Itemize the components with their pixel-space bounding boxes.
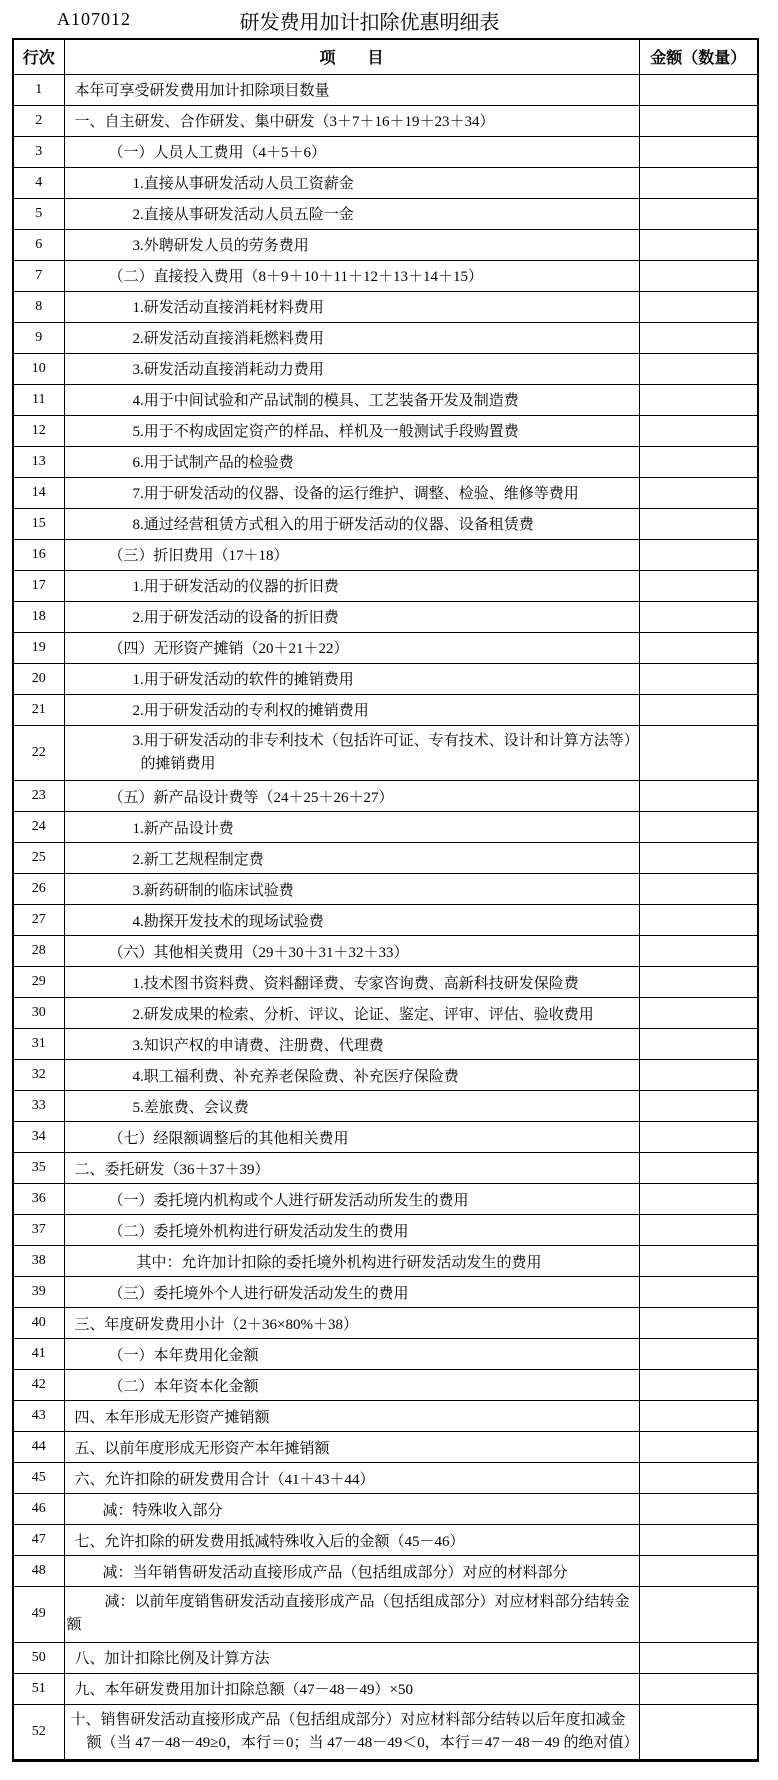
item-cell: 减：特殊收入部分 [64, 1494, 639, 1525]
table-row: 44五、以前年度形成无形资产本年摊销额 [13, 1432, 758, 1463]
row-number-cell: 17 [13, 570, 64, 601]
row-number-cell: 47 [13, 1525, 64, 1556]
table-row: 136.用于试制产品的检验费 [13, 446, 758, 477]
amount-cell[interactable] [639, 1029, 758, 1060]
item-cell: 1.研发活动直接消耗材料费用 [64, 291, 639, 322]
row-number-cell: 10 [13, 353, 64, 384]
amount-cell[interactable] [639, 508, 758, 539]
item-cell: 2.直接从事研发活动人员五险一金 [64, 198, 639, 229]
amount-cell[interactable] [639, 1215, 758, 1246]
amount-cell[interactable] [639, 843, 758, 874]
table-row: 201.用于研发活动的软件的摊销费用 [13, 663, 758, 694]
item-cell: 1.直接从事研发活动人员工资薪金 [64, 167, 639, 198]
item-cell: 3.外聘研发人员的劳务费用 [64, 229, 639, 260]
table-row: 38其中：允许加计扣除的委托境外机构进行研发活动发生的费用 [13, 1246, 758, 1277]
row-number-cell: 41 [13, 1339, 64, 1370]
item-cell: （二）委托境外机构进行研发活动发生的费用 [64, 1215, 639, 1246]
amount-cell[interactable] [639, 539, 758, 570]
amount-cell[interactable] [639, 781, 758, 812]
row-number-cell: 34 [13, 1122, 64, 1153]
amount-cell[interactable] [639, 1184, 758, 1215]
amount-cell[interactable] [639, 874, 758, 905]
row-number-cell: 32 [13, 1060, 64, 1091]
amount-cell[interactable] [639, 322, 758, 353]
table-row: 48减：当年销售研发活动直接形成产品（包括组成部分）对应的材料部分 [13, 1556, 758, 1587]
item-cell: （三）折旧费用（17＋18） [64, 539, 639, 570]
item-cell: （一）人员人工费用（4＋5＋6） [64, 136, 639, 167]
row-number-cell: 16 [13, 539, 64, 570]
table-row: 147.用于研发活动的仪器、设备的运行维护、调整、检验、维修等费用 [13, 477, 758, 508]
amount-cell[interactable] [639, 1556, 758, 1587]
row-number-cell: 14 [13, 477, 64, 508]
col-header-row-no: 行次 [13, 39, 64, 74]
header-row: 行次 项 目 金额（数量） [13, 39, 758, 74]
amount-cell[interactable] [639, 663, 758, 694]
amount-cell[interactable] [639, 1525, 758, 1556]
amount-cell[interactable] [639, 1642, 758, 1673]
row-number-cell: 36 [13, 1184, 64, 1215]
amount-cell[interactable] [639, 74, 758, 105]
item-cell: 3.知识产权的申请费、注册费、代理费 [64, 1029, 639, 1060]
amount-cell[interactable] [639, 229, 758, 260]
row-number-cell: 51 [13, 1673, 64, 1704]
item-cell: 7.用于研发活动的仪器、设备的运行维护、调整、检验、维修等费用 [64, 477, 639, 508]
amount-cell[interactable] [639, 998, 758, 1029]
row-number-cell: 13 [13, 446, 64, 477]
table-row: 3（一）人员人工费用（4＋5＋6） [13, 136, 758, 167]
row-number-cell: 6 [13, 229, 64, 260]
row-number-cell: 9 [13, 322, 64, 353]
amount-cell[interactable] [639, 1339, 758, 1370]
item-cell: 5.差旅费、会议费 [64, 1091, 639, 1122]
amount-cell[interactable] [639, 1246, 758, 1277]
row-number-cell: 21 [13, 694, 64, 725]
form-header: A107012 研发费用加计扣除优惠明细表 [0, 0, 778, 38]
row-number-cell: 22 [13, 725, 64, 781]
row-number-cell: 25 [13, 843, 64, 874]
amount-cell[interactable] [639, 1370, 758, 1401]
amount-cell[interactable] [639, 1673, 758, 1704]
amount-cell[interactable] [639, 415, 758, 446]
table-row: 114.用于中间试验和产品试制的模具、工艺装备开发及制造费 [13, 384, 758, 415]
row-number-cell: 43 [13, 1401, 64, 1432]
item-cell: 3.新药研制的临床试验费 [64, 874, 639, 905]
form-title: 研发费用加计扣除优惠明细表 [12, 6, 727, 35]
item-cell: 4.用于中间试验和产品试制的模具、工艺装备开发及制造费 [64, 384, 639, 415]
item-cell: （一）本年费用化金额 [64, 1339, 639, 1370]
item-cell: 2.研发活动直接消耗燃料费用 [64, 322, 639, 353]
item-cell: 五、以前年度形成无形资产本年摊销额 [64, 1432, 639, 1463]
row-number-cell: 24 [13, 812, 64, 843]
item-cell: 八、加计扣除比例及计算方法 [64, 1642, 639, 1673]
item-cell: 七、允许扣除的研发费用抵减特殊收入后的金额（45－46） [64, 1525, 639, 1556]
item-cell: 2.研发成果的检索、分析、评议、论证、鉴定、评审、评估、验收费用 [64, 998, 639, 1029]
item-cell: 8.通过经营租赁方式租入的用于研发活动的仪器、设备租赁费 [64, 508, 639, 539]
item-cell: 6.用于试制产品的检验费 [64, 446, 639, 477]
item-cell: （二）本年资本化金额 [64, 1370, 639, 1401]
item-cell: 九、本年研发费用加计扣除总额（47－48－49）×50 [64, 1673, 639, 1704]
table-row: 46减：特殊收入部分 [13, 1494, 758, 1525]
item-cell: 1.新产品设计费 [64, 812, 639, 843]
amount-cell[interactable] [639, 936, 758, 967]
row-number-cell: 8 [13, 291, 64, 322]
table-row: 28（六）其他相关费用（29＋30＋31＋32＋33） [13, 936, 758, 967]
table-row: 324.职工福利费、补充养老保险费、补充医疗保险费 [13, 1060, 758, 1091]
item-cell: （七）经限额调整后的其他相关费用 [64, 1122, 639, 1153]
item-cell: 二、委托研发（36＋37＋39） [64, 1153, 639, 1184]
item-cell: （一）委托境内机构或个人进行研发活动所发生的费用 [64, 1184, 639, 1215]
amount-cell[interactable] [639, 1432, 758, 1463]
table-row: 81.研发活动直接消耗材料费用 [13, 291, 758, 322]
amount-cell[interactable] [639, 198, 758, 229]
item-cell: 5.用于不构成固定资产的样品、样机及一般测试手段购置费 [64, 415, 639, 446]
item-cell: 3.用于研发活动的非专利技术（包括许可证、专有技术、设计和计算方法等）的摊销费用 [64, 725, 639, 781]
amount-cell[interactable] [639, 167, 758, 198]
item-cell: 四、本年形成无形资产摊销额 [64, 1401, 639, 1432]
item-cell: 2.用于研发活动的专利权的摊销费用 [64, 694, 639, 725]
row-number-cell: 52 [13, 1704, 64, 1761]
item-cell: （三）委托境外个人进行研发活动发生的费用 [64, 1277, 639, 1308]
table-row: 51九、本年研发费用加计扣除总额（47－48－49）×50 [13, 1673, 758, 1704]
amount-cell[interactable] [639, 1494, 758, 1525]
row-number-cell: 26 [13, 874, 64, 905]
item-cell: 4.职工福利费、补充养老保险费、补充医疗保险费 [64, 1060, 639, 1091]
row-number-cell: 42 [13, 1370, 64, 1401]
item-cell: 2.用于研发活动的设备的折旧费 [64, 601, 639, 632]
amount-cell[interactable] [639, 477, 758, 508]
table-row: 41（一）本年费用化金额 [13, 1339, 758, 1370]
table-row: 103.研发活动直接消耗动力费用 [13, 353, 758, 384]
amount-cell[interactable] [639, 725, 758, 781]
row-number-cell: 35 [13, 1153, 64, 1184]
item-cell: 三、年度研发费用小计（2＋36×80%＋38） [64, 1308, 639, 1339]
table-row: 313.知识产权的申请费、注册费、代理费 [13, 1029, 758, 1060]
row-number-cell: 3 [13, 136, 64, 167]
item-cell: 六、允许扣除的研发费用合计（41＋43＋44） [64, 1463, 639, 1494]
amount-cell[interactable] [639, 260, 758, 291]
row-number-cell: 48 [13, 1556, 64, 1587]
item-cell: （二）直接投入费用（8＋9＋10＋11＋12＋13＋14＋15） [64, 260, 639, 291]
amount-cell[interactable] [639, 291, 758, 322]
row-number-cell: 30 [13, 998, 64, 1029]
table-row: 49减：以前年度销售研发活动直接形成产品（包括组成部分）对应材料部分结转金额 [13, 1587, 758, 1643]
item-cell: 3.研发活动直接消耗动力费用 [64, 353, 639, 384]
table-row: 35二、委托研发（36＋37＋39） [13, 1153, 758, 1184]
amount-cell[interactable] [639, 1122, 758, 1153]
row-number-cell: 23 [13, 781, 64, 812]
item-cell: （四）无形资产摊销（20＋21＋22） [64, 632, 639, 663]
table-row: 45六、允许扣除的研发费用合计（41＋43＋44） [13, 1463, 758, 1494]
row-number-cell: 15 [13, 508, 64, 539]
amount-cell[interactable] [639, 353, 758, 384]
table-row: 291.技术图书资料费、资料翻译费、专家咨询费、高新科技研发保险费 [13, 967, 758, 998]
amount-cell[interactable] [639, 812, 758, 843]
table-row: 125.用于不构成固定资产的样品、样机及一般测试手段购置费 [13, 415, 758, 446]
row-number-cell: 46 [13, 1494, 64, 1525]
amount-cell[interactable] [639, 1463, 758, 1494]
table-row: 63.外聘研发人员的劳务费用 [13, 229, 758, 260]
form-table: 行次 项 目 金额（数量） 1本年可享受研发费用加计扣除项目数量2一、自主研发、… [12, 38, 759, 1762]
item-cell: 1.用于研发活动的软件的摊销费用 [64, 663, 639, 694]
row-number-cell: 11 [13, 384, 64, 415]
table-row: 36（一）委托境内机构或个人进行研发活动所发生的费用 [13, 1184, 758, 1215]
row-number-cell: 2 [13, 105, 64, 136]
table-row: 52十、销售研发活动直接形成产品（包括组成部分）对应材料部分结转以后年度扣减金额… [13, 1704, 758, 1761]
table-row: 182.用于研发活动的设备的折旧费 [13, 601, 758, 632]
row-number-cell: 18 [13, 601, 64, 632]
page: { "form": { "code": "A107012", "title": … [0, 0, 778, 1780]
amount-cell[interactable] [639, 570, 758, 601]
table-body: 1本年可享受研发费用加计扣除项目数量2一、自主研发、合作研发、集中研发（3＋7＋… [13, 74, 758, 1761]
item-cell: 一、自主研发、合作研发、集中研发（3＋7＋16＋19＋23＋34） [64, 105, 639, 136]
row-number-cell: 39 [13, 1277, 64, 1308]
amount-cell[interactable] [639, 1153, 758, 1184]
amount-cell[interactable] [639, 384, 758, 415]
table-row: 274.勘探开发技术的现场试验费 [13, 905, 758, 936]
table-row: 43四、本年形成无形资产摊销额 [13, 1401, 758, 1432]
amount-cell[interactable] [639, 1091, 758, 1122]
row-number-cell: 38 [13, 1246, 64, 1277]
row-number-cell: 7 [13, 260, 64, 291]
row-number-cell: 5 [13, 198, 64, 229]
row-number-cell: 20 [13, 663, 64, 694]
item-cell: 减：当年销售研发活动直接形成产品（包括组成部分）对应的材料部分 [64, 1556, 639, 1587]
table-row: 2一、自主研发、合作研发、集中研发（3＋7＋16＋19＋23＋34） [13, 105, 758, 136]
table-row: 223.用于研发活动的非专利技术（包括许可证、专有技术、设计和计算方法等）的摊销… [13, 725, 758, 781]
amount-cell[interactable] [639, 905, 758, 936]
table-row: 16（三）折旧费用（17＋18） [13, 539, 758, 570]
item-cell: 减：以前年度销售研发活动直接形成产品（包括组成部分）对应材料部分结转金额 [64, 1587, 639, 1643]
table-row: 34（七）经限额调整后的其他相关费用 [13, 1122, 758, 1153]
row-number-cell: 1 [13, 74, 64, 105]
table-row: 7（二）直接投入费用（8＋9＋10＋11＋12＋13＋14＋15） [13, 260, 758, 291]
row-number-cell: 29 [13, 967, 64, 998]
amount-cell[interactable] [639, 446, 758, 477]
amount-cell[interactable] [639, 1060, 758, 1091]
table-row: 40三、年度研发费用小计（2＋36×80%＋38） [13, 1308, 758, 1339]
table-row: 252.新工艺规程制定费 [13, 843, 758, 874]
item-cell: （六）其他相关费用（29＋30＋31＋32＋33） [64, 936, 639, 967]
table-row: 37（二）委托境外机构进行研发活动发生的费用 [13, 1215, 758, 1246]
amount-cell[interactable] [639, 632, 758, 663]
row-number-cell: 12 [13, 415, 64, 446]
table-row: 212.用于研发活动的专利权的摊销费用 [13, 694, 758, 725]
row-number-cell: 50 [13, 1642, 64, 1673]
table-row: 52.直接从事研发活动人员五险一金 [13, 198, 758, 229]
row-number-cell: 37 [13, 1215, 64, 1246]
amount-cell[interactable] [639, 105, 758, 136]
row-number-cell: 40 [13, 1308, 64, 1339]
table-row: 263.新药研制的临床试验费 [13, 874, 758, 905]
item-cell: （五）新产品设计费等（24＋25＋26＋27） [64, 781, 639, 812]
row-number-cell: 4 [13, 167, 64, 198]
table-row: 50八、加计扣除比例及计算方法 [13, 1642, 758, 1673]
row-number-cell: 31 [13, 1029, 64, 1060]
table-row: 1本年可享受研发费用加计扣除项目数量 [13, 74, 758, 105]
amount-cell[interactable] [639, 136, 758, 167]
item-cell: 其中：允许加计扣除的委托境外机构进行研发活动发生的费用 [64, 1246, 639, 1277]
row-number-cell: 45 [13, 1463, 64, 1494]
table-row: 42（二）本年资本化金额 [13, 1370, 758, 1401]
item-cell: 1.用于研发活动的仪器的折旧费 [64, 570, 639, 601]
amount-cell[interactable] [639, 967, 758, 998]
amount-cell[interactable] [639, 1308, 758, 1339]
row-number-cell: 49 [13, 1587, 64, 1643]
amount-cell[interactable] [639, 1401, 758, 1432]
table-row: 23（五）新产品设计费等（24＋25＋26＋27） [13, 781, 758, 812]
table-row: 19（四）无形资产摊销（20＋21＋22） [13, 632, 758, 663]
amount-cell[interactable] [639, 694, 758, 725]
col-header-item: 项 目 [64, 39, 639, 74]
row-number-cell: 33 [13, 1091, 64, 1122]
row-number-cell: 27 [13, 905, 64, 936]
table-row: 171.用于研发活动的仪器的折旧费 [13, 570, 758, 601]
item-cell: 本年可享受研发费用加计扣除项目数量 [64, 74, 639, 105]
row-number-cell: 28 [13, 936, 64, 967]
item-cell: 4.勘探开发技术的现场试验费 [64, 905, 639, 936]
item-cell: 2.新工艺规程制定费 [64, 843, 639, 874]
table-row: 302.研发成果的检索、分析、评议、论证、鉴定、评审、评估、验收费用 [13, 998, 758, 1029]
table-row: 241.新产品设计费 [13, 812, 758, 843]
table-row: 47七、允许扣除的研发费用抵减特殊收入后的金额（45－46） [13, 1525, 758, 1556]
table-row: 39（三）委托境外个人进行研发活动发生的费用 [13, 1277, 758, 1308]
row-number-cell: 19 [13, 632, 64, 663]
col-header-amount: 金额（数量） [639, 39, 758, 74]
item-cell: 1.技术图书资料费、资料翻译费、专家咨询费、高新科技研发保险费 [64, 967, 639, 998]
amount-cell[interactable] [639, 1704, 758, 1761]
table-row: 92.研发活动直接消耗燃料费用 [13, 322, 758, 353]
amount-cell[interactable] [639, 1277, 758, 1308]
item-cell: 十、销售研发活动直接形成产品（包括组成部分）对应材料部分结转以后年度扣减金额（当… [64, 1704, 639, 1761]
amount-cell[interactable] [639, 1587, 758, 1643]
table-row: 335.差旅费、会议费 [13, 1091, 758, 1122]
table-row: 158.通过经营租赁方式租入的用于研发活动的仪器、设备租赁费 [13, 508, 758, 539]
amount-cell[interactable] [639, 601, 758, 632]
table-row: 41.直接从事研发活动人员工资薪金 [13, 167, 758, 198]
row-number-cell: 44 [13, 1432, 64, 1463]
